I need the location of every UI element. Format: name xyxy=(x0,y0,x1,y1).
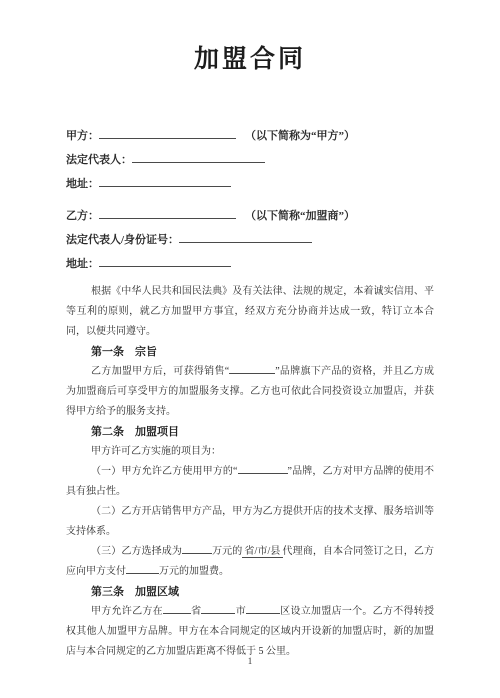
paragraph: （二）乙方开店销售甲方产品，甲方为乙方提供开店的技术支撑、服务培训等支持体系。 xyxy=(66,502,434,542)
party-b-rep-blank xyxy=(179,231,312,243)
paragraph: （三）乙方选择成为万元的省/市/县代理商，自本合同签订之日，乙方应向甲方支付万元… xyxy=(66,542,434,582)
fill-in-blank xyxy=(238,462,288,474)
party-b-rep-label: 法定代表人/身份证号： xyxy=(66,234,179,246)
fill-in-blank xyxy=(246,602,280,614)
text-run: 第三条 加盟区域 xyxy=(91,586,179,598)
document-title: 加盟合同 xyxy=(66,0,434,76)
party-a-label: 甲方： xyxy=(66,130,99,142)
text-run: 乙方加盟甲方后，可获得销售“ xyxy=(91,366,229,377)
party-a-rep-blank xyxy=(132,151,265,163)
text-run: （二）乙方开店销售甲方产品，甲方为乙方提供开店的技术支撑、服务培训等支持体系。 xyxy=(66,506,434,537)
party-a-rep-line: 法定代表人： xyxy=(66,148,434,172)
fill-in-blank xyxy=(201,602,235,614)
party-a-address-label: 地址： xyxy=(66,178,99,190)
text-run: （三）乙方选择成为 xyxy=(91,546,182,557)
text-run: 省 xyxy=(191,606,202,617)
party-b-alias: （以下简称“加盟商”） xyxy=(245,210,355,222)
party-b-block: 乙方：（以下简称“加盟商”） 法定代表人/身份证号： 地址： xyxy=(66,204,434,276)
paragraph: （一）甲方允许乙方使用甲方的“”品牌，乙方对甲方品牌的使用不具有独占性。 xyxy=(66,462,434,502)
fill-in-blank xyxy=(229,362,275,374)
section-heading: 第三条 加盟区域 xyxy=(66,582,434,602)
party-a-address-blank xyxy=(99,175,231,187)
document-body: 根据《中华人民共和国民法典》及有关法律、法规的规定，本着诚实信用、平等互利的原则… xyxy=(66,282,434,662)
party-b-rep-line: 法定代表人/身份证号： xyxy=(66,228,434,252)
fill-in-blank xyxy=(126,562,159,574)
party-a-name-line: 甲方：（以下简称为“甲方”） xyxy=(66,124,434,148)
party-a-alias: （以下简称为“甲方”） xyxy=(245,130,355,142)
fill-in-blank xyxy=(163,602,191,614)
text-run: 甲方许可乙方实施的项目为： xyxy=(91,446,221,457)
underlined-text: 省/市/县 xyxy=(242,546,282,558)
text-run: 市 xyxy=(235,606,246,617)
paragraph: 乙方加盟甲方后，可获得销售“”品牌旗下产品的资格，并且乙方成为加盟商后可享受甲方… xyxy=(66,362,434,422)
party-b-address-line: 地址： xyxy=(66,252,434,276)
party-a-block: 甲方：（以下简称为“甲方”） 法定代表人： 地址： xyxy=(66,124,434,196)
page-number: 1 xyxy=(0,654,500,668)
text-run: （一）甲方允许乙方使用甲方的“ xyxy=(91,466,238,477)
party-b-name-blank xyxy=(99,207,236,219)
text-run: 根据《中华人民共和国民法典》及有关法律、法规的规定，本着诚实信用、平等互利的原则… xyxy=(66,286,434,337)
paragraph: 甲方许可乙方实施的项目为： xyxy=(66,442,434,462)
party-b-label: 乙方： xyxy=(66,210,99,222)
text-run: 万元的加盟费。 xyxy=(159,566,229,577)
party-b-address-label: 地址： xyxy=(66,258,99,270)
section-heading: 第一条 宗旨 xyxy=(66,342,434,362)
section-heading: 第二条 加盟项目 xyxy=(66,422,434,442)
text-run: 第一条 宗旨 xyxy=(91,346,157,358)
party-a-name-blank xyxy=(99,127,236,139)
contract-page: 加盟合同 甲方：（以下简称为“甲方”） 法定代表人： 地址： 乙方：（以下简称“… xyxy=(0,0,500,698)
party-a-rep-label: 法定代表人： xyxy=(66,154,132,166)
text-run: 第二条 加盟项目 xyxy=(91,426,179,438)
text-run: 万元的 xyxy=(212,546,242,557)
party-b-name-line: 乙方：（以下简称“加盟商”） xyxy=(66,204,434,228)
party-a-address-line: 地址： xyxy=(66,172,434,196)
text-run: 甲方允许乙方在 xyxy=(91,606,163,617)
paragraph: 甲方允许乙方在省市区设立加盟店一个。乙方不得转授权其他人加盟甲方品牌。甲方在本合… xyxy=(66,602,434,662)
fill-in-blank xyxy=(182,542,212,554)
paragraph: 根据《中华人民共和国民法典》及有关法律、法规的规定，本着诚实信用、平等互利的原则… xyxy=(66,282,434,342)
party-b-address-blank xyxy=(99,255,231,267)
